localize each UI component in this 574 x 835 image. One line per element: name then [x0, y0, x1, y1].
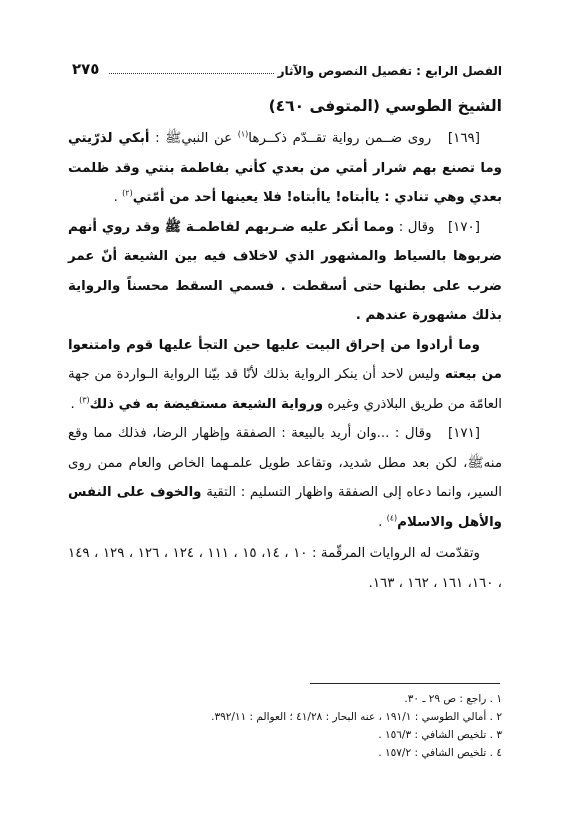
- footnote-separator: [310, 683, 500, 684]
- cross-references: وتقدّمت له الروايات المرقّمة : ١٠ ، ١٤، …: [68, 539, 502, 599]
- narration-number: [١٧٠]: [448, 220, 480, 235]
- footnote-4: ٤ . تلخيص الشافي : ١٥٧/٢ .: [120, 744, 502, 762]
- section-heading: الشيخ الطوسي (المتوفى ٤٦٠): [68, 92, 502, 120]
- paragraph-intro: وقال :: [395, 426, 432, 441]
- footnote-marker[interactable]: (٤): [387, 513, 398, 522]
- paragraph-continuation: وما أرادوا من إحراق البيت عليها حين التج…: [68, 331, 502, 420]
- paragraph-169: [١٦٩] روى ضــمن رواية تقــدّم ذكــرها(١)…: [68, 124, 502, 213]
- quoted-text: ورواية الشيعة مستفيضة به في ذلك: [90, 397, 323, 412]
- quoted-text: ومما أنكر عليه ضـربهم لفاطمـة ﷺ وقد روي …: [68, 220, 502, 324]
- main-text: الشيخ الطوسي (المتوفى ٤٦٠) [١٦٩] روى ضــ…: [68, 92, 502, 599]
- narration-number: [١٧١]: [448, 426, 480, 441]
- footnote-1: ١ . راجع : ص ٢٩ ـ ٣٠.: [120, 690, 502, 708]
- header-dot-leader: [109, 72, 273, 74]
- footnote-marker[interactable]: (١): [238, 130, 249, 139]
- period: .: [114, 190, 118, 205]
- paragraph-171: [١٧١] وقال : ...وان أريد بالبيعة : الصفق…: [68, 419, 502, 537]
- cross-references-label: وتقدّمت له الروايات المرقّمة :: [312, 546, 480, 561]
- footnote-marker[interactable]: (٣): [79, 395, 90, 404]
- paragraph-170: [١٧٠] وقال : ومما أنكر عليه ضـربهم لفاطم…: [68, 213, 502, 331]
- paragraph-intro-continued: عن النبيﷺ :: [155, 131, 232, 146]
- footnote-2: ٢ . أمالي الطوسي : ١٩١/١ ، عنه البحار : …: [120, 708, 502, 726]
- chapter-title: الفصل الرابع : تفصيل النصوص والآثار: [278, 64, 502, 78]
- page-number: ٢٧٥: [72, 60, 99, 78]
- footnote-marker[interactable]: (٢): [122, 189, 133, 198]
- footnotes: ١ . راجع : ص ٢٩ ـ ٣٠. ٢ . أمالي الطوسي :…: [120, 690, 502, 762]
- narration-number: [١٦٩]: [448, 131, 480, 146]
- paragraph-intro: روى ضــمن رواية تقــدّم ذكــرها: [248, 131, 431, 146]
- footnote-3: ٣ . تلخيص الشافي : ١٥٦/٣ .: [120, 726, 502, 744]
- book-page: الفصل الرابع : تفصيل النصوص والآثار ٢٧٥ …: [0, 0, 574, 835]
- period: .: [378, 515, 382, 530]
- paragraph-intro: وقال :: [399, 220, 435, 235]
- period: .: [71, 397, 75, 412]
- running-header: الفصل الرابع : تفصيل النصوص والآثار ٢٧٥: [72, 58, 502, 78]
